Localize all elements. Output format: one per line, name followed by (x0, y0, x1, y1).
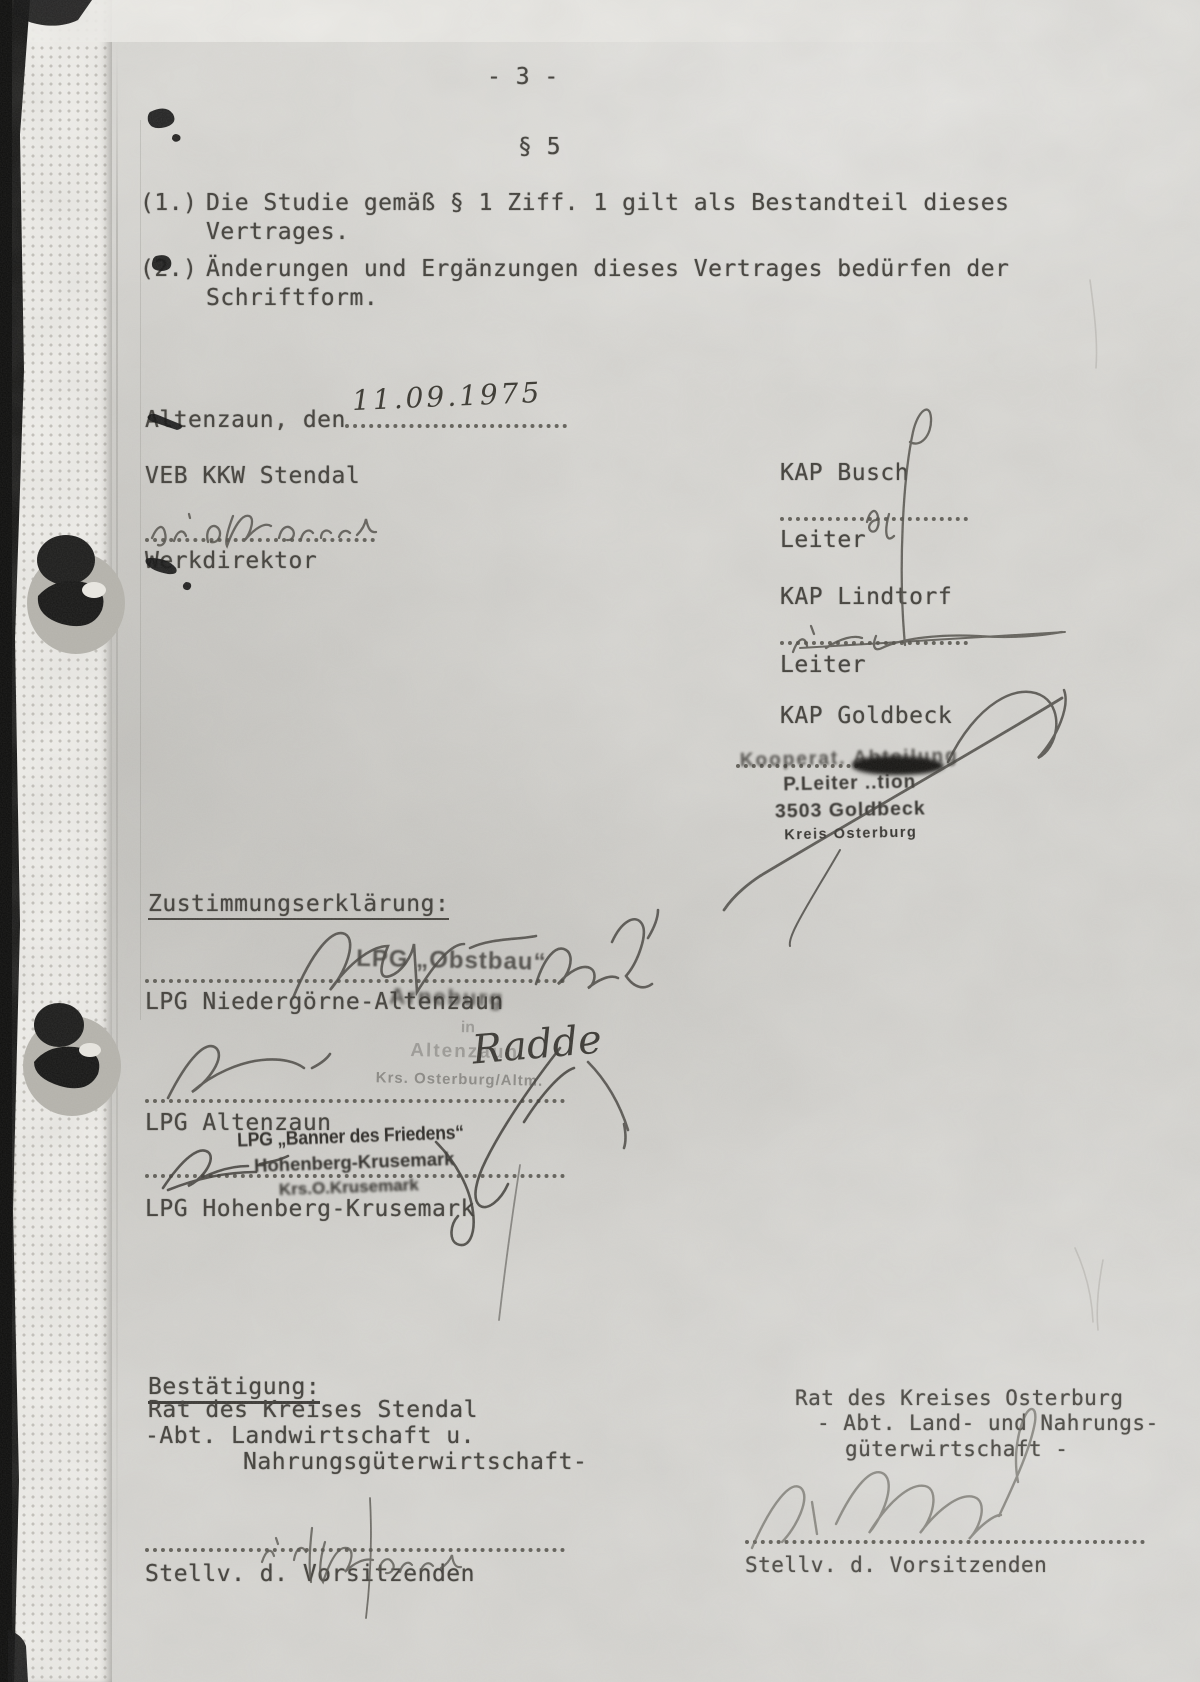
role-werkdirektor: Werkdirektor (145, 548, 317, 574)
confirmation-left-line2: -Abt. Landwirtschaft u. (145, 1423, 475, 1449)
party-hohenberg: LPG Hohenberg-Krusemark (145, 1196, 475, 1222)
dateline-dotted-line (345, 424, 567, 428)
stamp-line: 3503 Goldbeck (715, 796, 985, 825)
dateline-label: Altenzaun, den (145, 407, 346, 433)
signature-dotted-line-busch (780, 517, 968, 521)
stamp-line: LPG „Obstbau“ (356, 945, 667, 979)
stamp-line: P.Leiter ..tion (715, 770, 985, 798)
org-veb-kkw-stendal: VEB KKW Stendal (145, 463, 360, 489)
signature-dotted-line-party2 (145, 1099, 565, 1103)
stamp-lpg-banner: LPG „Banner des Friedens“ Hohenberg-Krus… (237, 1121, 499, 1201)
confirmation-left-line3: Nahrungsgüterwirtschaft- (243, 1449, 587, 1475)
role-leiter-lindtorf: Leiter (780, 652, 866, 678)
stamp-smudge (852, 756, 944, 775)
clause-1-line2: Vertrages. (206, 219, 349, 245)
binding-strip (12, 0, 112, 1682)
stamp-line: Kooperat. Abteilung (714, 745, 984, 773)
org-kap-lindtorf: KAP Lindtorf (780, 584, 952, 610)
clause-2-line2: Schriftform. (206, 285, 378, 311)
confirmation-right-line2: - Abt. Land- und Nahrungs- (817, 1411, 1159, 1435)
clause-2-line1: Änderungen und Ergänzungen dieses Vertra… (206, 256, 1009, 282)
confirmation-left-line1: Rat des Kreises Stendal (148, 1397, 478, 1423)
clause-2-number: (2.) (140, 256, 197, 282)
stamp-kap-goldbeck: Kooperat. Abteilung P.Leiter ..tion 3503… (714, 745, 986, 845)
org-kap-goldbeck: KAP Goldbeck (780, 703, 952, 729)
paper-crease (116, 40, 118, 1640)
stamp-line: Hohenberg-Krusemark (254, 1146, 499, 1177)
signature-dotted-line-veb (145, 538, 375, 542)
signature-dotted-line-lindtorf (780, 641, 968, 645)
stamp-line: Arneburg (389, 984, 665, 1016)
consent-heading: Zustimmungserklärung: (148, 891, 449, 920)
signature-dotted-line-osterburg (745, 1540, 1145, 1544)
page-number: - 3 - (487, 64, 559, 90)
confirmation-right-line3: güterwirtschaft - (845, 1437, 1068, 1461)
section-heading: § 5 (518, 134, 561, 160)
role-stellv-right: Stellv. d. Vorsitzenden (745, 1553, 1047, 1577)
page-top-edge (12, 0, 1072, 42)
clause-1-line1: Die Studie gemäß § 1 Ziff. 1 gilt als Be… (206, 190, 1009, 216)
signature-dotted-line-stendal (145, 1548, 565, 1552)
role-leiter-busch: Leiter (780, 527, 866, 553)
role-stellv-left: Stellv. d. Vorsitzenden (145, 1561, 475, 1587)
confirmation-right-line1: Rat des Kreises Osterburg (795, 1386, 1124, 1410)
paper-crease-2 (140, 120, 141, 1020)
org-kap-busch: KAP Busch (780, 460, 909, 486)
clause-1-number: (1.) (140, 190, 197, 216)
